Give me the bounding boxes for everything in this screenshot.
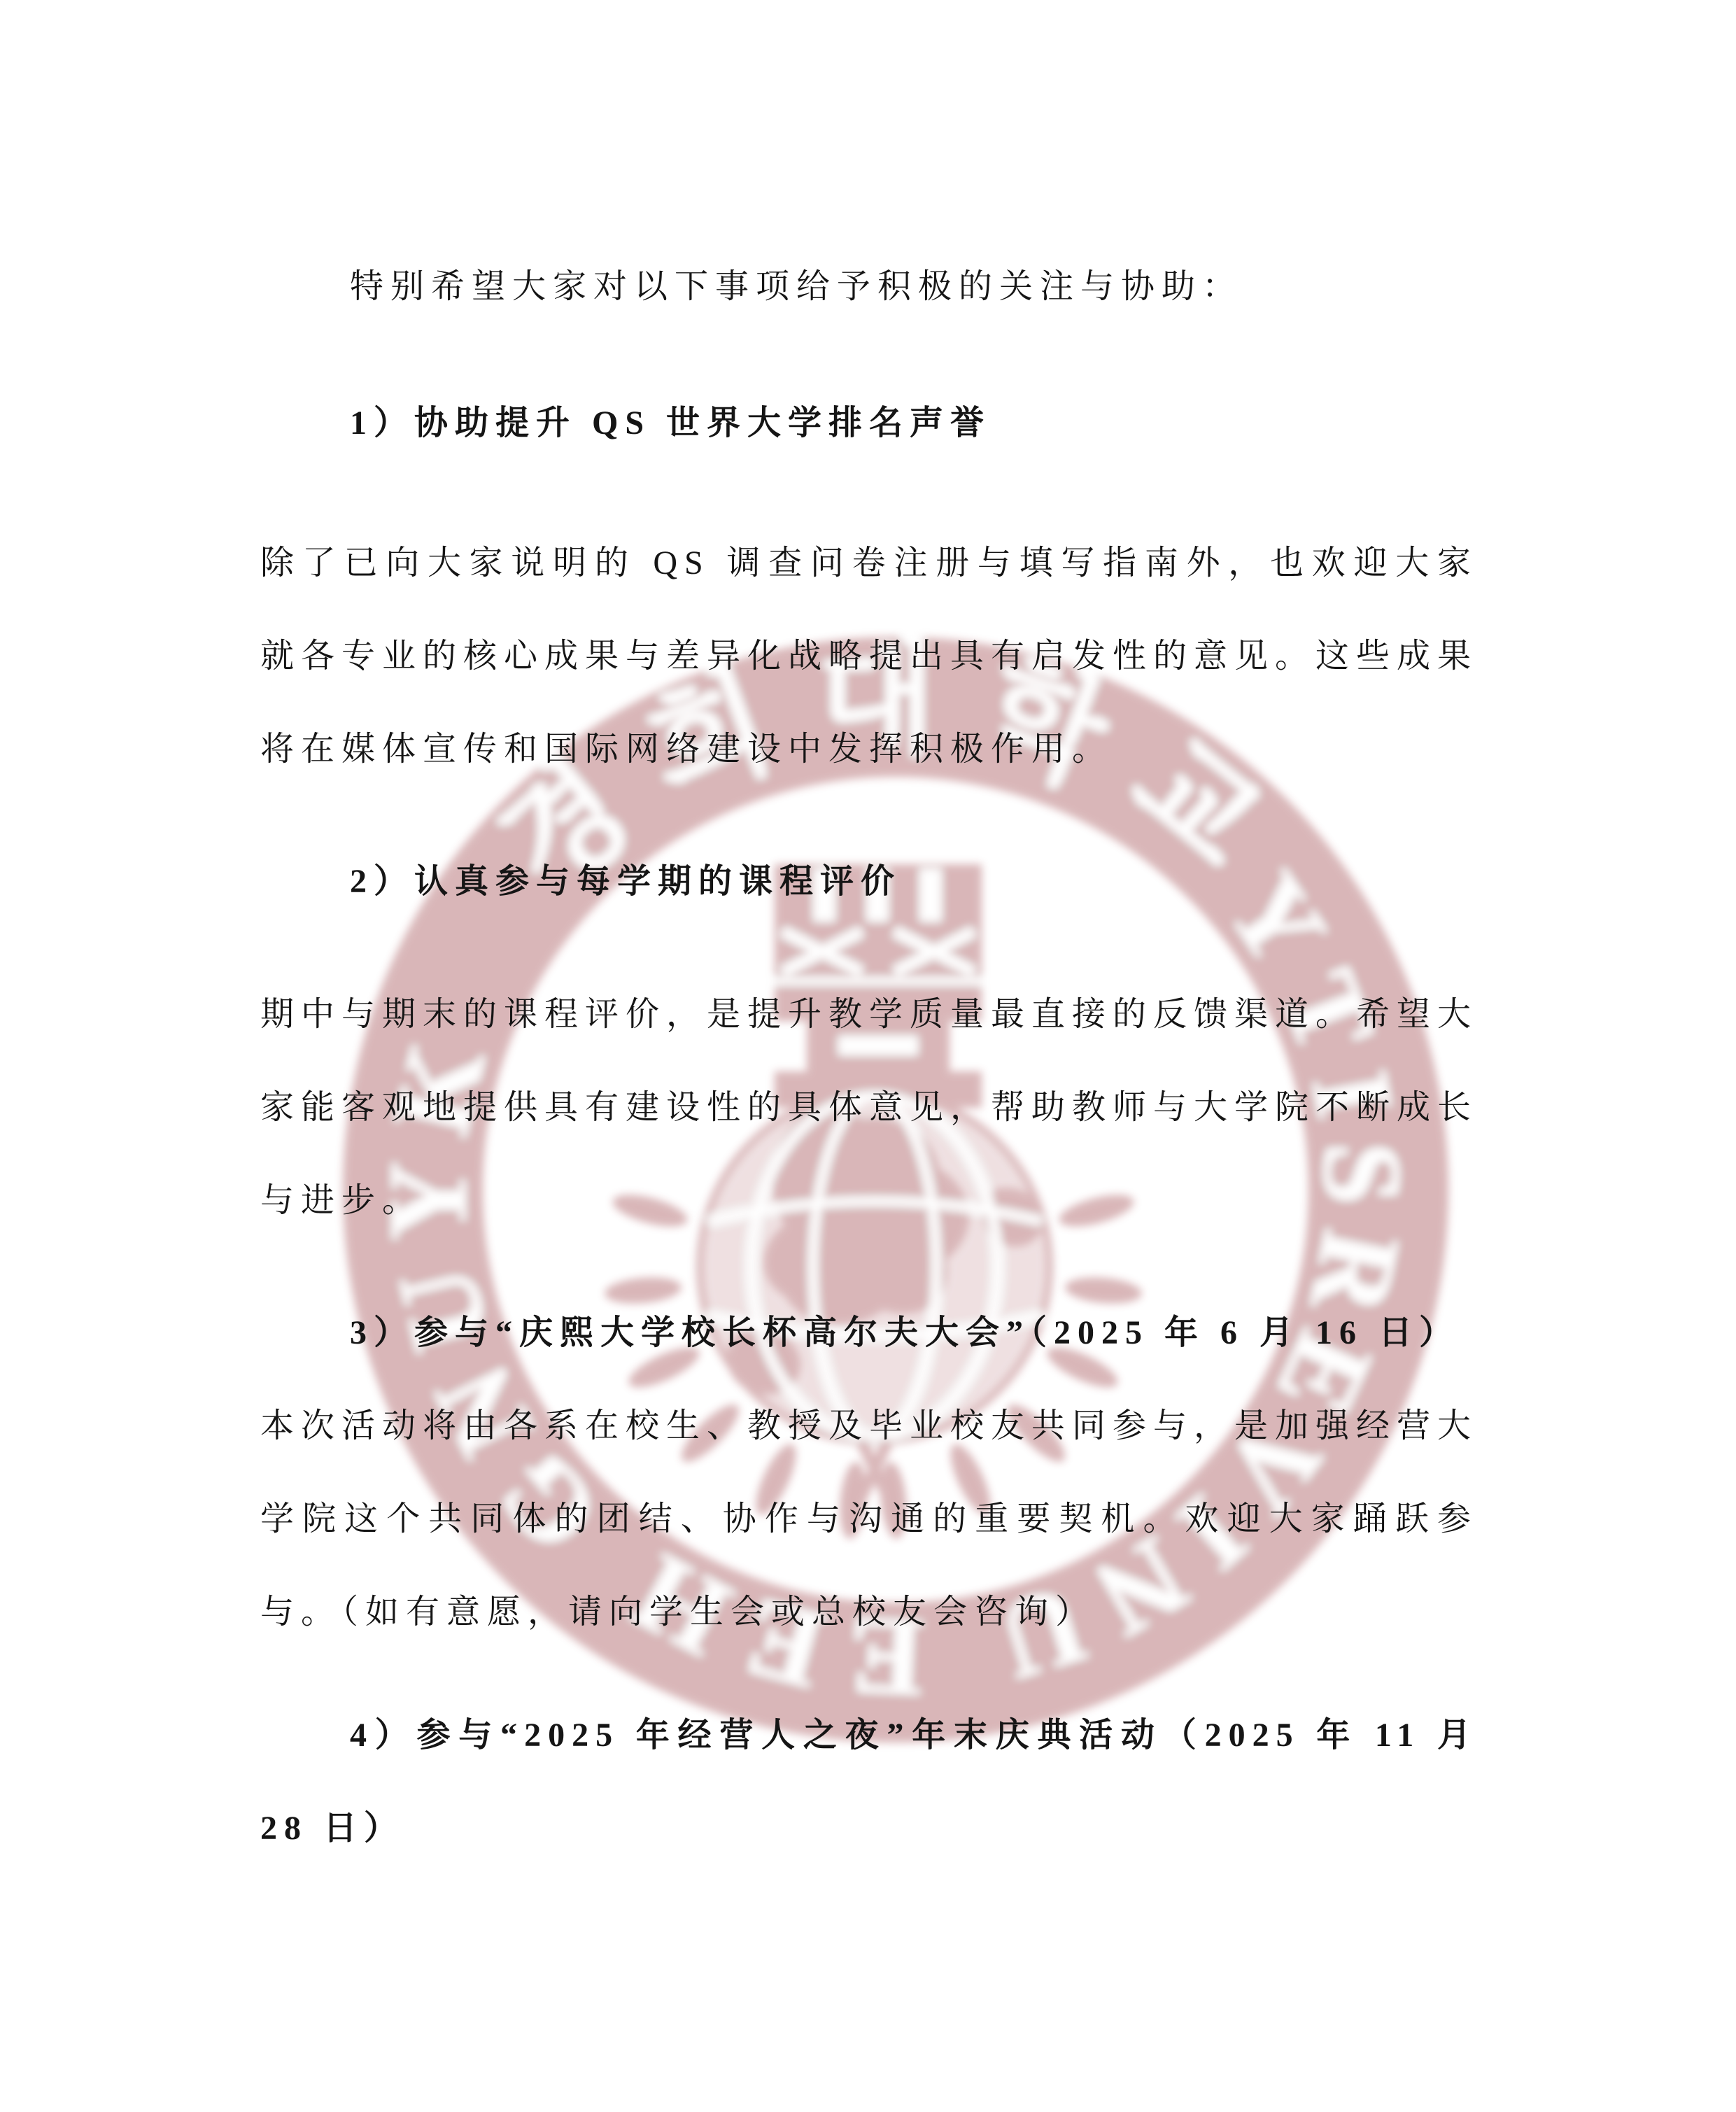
section-3-heading: 3）参与“庆熙大学校长杯高尔夫大会”（2025 年 6 月 16 日）	[260, 1286, 1478, 1379]
section-1-heading: 1）协助提升 QS 世界大学排名声誉	[260, 376, 1478, 470]
section-1-body: 除了已向大家说明的 QS 调查问卷注册与填写指南外，也欢迎大家就各专业的核心成果…	[260, 516, 1478, 796]
document-content: 特别希望大家对以下事项给予积极的关注与协助： 1）协助提升 QS 世界大学排名声…	[260, 0, 1478, 1875]
section-3-body: 本次活动将由各系在校生、教授及毕业校友共同参与，是加强经营大学院这个共同体的团结…	[260, 1379, 1478, 1659]
section-2-heading: 2）认真参与每学期的课程评价	[260, 835, 1478, 928]
intro-paragraph: 特别希望大家对以下事项给予积极的关注与协助：	[260, 240, 1478, 333]
section-2-body: 期中与期末的课程评价，是提升教学质量最直接的反馈渠道。希望大家能客观地提供具有建…	[260, 968, 1478, 1247]
section-4-heading: 4）参与“2025 年经营人之夜”年末庆典活动（2025 年 11 月 28 日…	[260, 1689, 1478, 1875]
document-page: 경희대학교 YTISREVINU EEH GNUYK	[0, 0, 1736, 2112]
